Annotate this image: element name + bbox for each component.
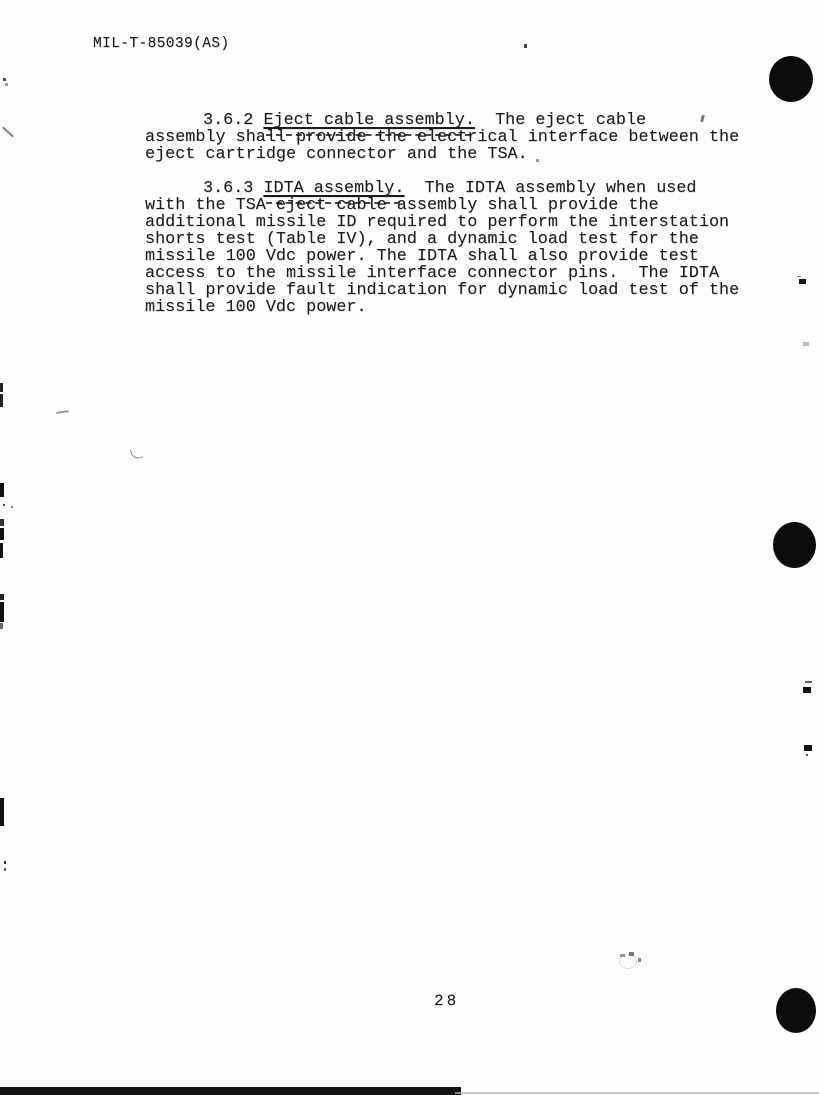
scan-artifact-edge-strip [0, 383, 3, 392]
scanned-document-page: MIL-T-85039(AS) 3.6.2 Eject cable assemb… [0, 0, 819, 1095]
scan-artifact-smudge [612, 947, 646, 969]
paragraph-3-6-2-line: eject cartridge connector and the TSA. [145, 146, 785, 163]
scan-artifact [5, 83, 8, 86]
scan-artifact [803, 342, 809, 346]
scan-artifact-edge-strip [0, 798, 4, 826]
scan-artifact-edge-strip [0, 623, 3, 629]
paragraph-3-6-2-first-line: 3.6.2 Eject cable assembly. The eject ca… [145, 112, 785, 129]
paragraph-3-6-2-line: assembly shall provide the electrical in… [145, 129, 785, 146]
scan-artifact [130, 447, 143, 460]
document-number: MIL-T-85039(AS) [93, 36, 230, 52]
scan-artifact [56, 410, 69, 414]
scan-artifact [3, 504, 5, 506]
paragraph-3-6-3: 3.6.3 IDTA assembly. The IDTA assembly w… [145, 180, 785, 316]
scan-artifact [805, 681, 812, 683]
paragraph-3-6-3-line: missile 100 Vdc power. [145, 299, 785, 316]
scan-artifact [797, 276, 801, 277]
paragraph-3-6-3-line: access to the missile interface connecto… [145, 265, 785, 282]
scan-artifact [536, 159, 539, 162]
hole-punch-mark-bottom [776, 988, 816, 1033]
paragraph-3-6-3-line: missile 100 Vdc power. The IDTA shall al… [145, 248, 785, 265]
scan-artifact-edge-strip [0, 543, 3, 558]
scan-edge-line [455, 1092, 819, 1094]
paragraph-3-6-3-line: additional missile ID required to perfor… [145, 214, 785, 231]
paragraph-3-6-3-line: shall provide fault indication for dynam… [145, 282, 785, 299]
paragraph-3-6-3-line: with the TSA eject cable assembly shall … [145, 197, 785, 214]
scan-artifact [524, 44, 527, 48]
scan-edge-bar [0, 1087, 461, 1095]
hole-punch-mark-middle [773, 522, 816, 568]
scan-artifact [11, 506, 13, 508]
scan-artifact-edge-strip [0, 602, 4, 622]
scan-artifact-edge-strip [0, 519, 4, 526]
scan-artifact [804, 745, 812, 751]
scan-artifact [799, 279, 806, 284]
scan-artifact [3, 78, 6, 81]
paragraph-3-6-2: 3.6.2 Eject cable assembly. The eject ca… [145, 112, 785, 163]
scan-artifact [4, 868, 6, 871]
scan-artifact-edge-strip [0, 483, 4, 497]
scan-artifact-edge-strip [0, 594, 4, 600]
page-number: 28 [434, 992, 459, 1010]
paragraph-3-6-3-first-line: 3.6.3 IDTA assembly. The IDTA assembly w… [145, 180, 785, 197]
scan-artifact-edge-strip [0, 528, 4, 540]
scan-artifact [4, 861, 6, 864]
hole-punch-mark-top [769, 56, 813, 102]
scan-artifact [803, 687, 811, 693]
scan-artifact [2, 127, 14, 138]
scan-artifact-edge-strip [0, 394, 3, 407]
document-body: 3.6.2 Eject cable assembly. The eject ca… [145, 112, 785, 316]
section-heading-3-6-2: Eject cable assembly. [263, 111, 474, 130]
section-heading-3-6-3: IDTA assembly. [263, 179, 404, 198]
scan-artifact [806, 754, 808, 756]
paragraph-3-6-3-line: shorts test (Table IV), and a dynamic lo… [145, 231, 785, 248]
